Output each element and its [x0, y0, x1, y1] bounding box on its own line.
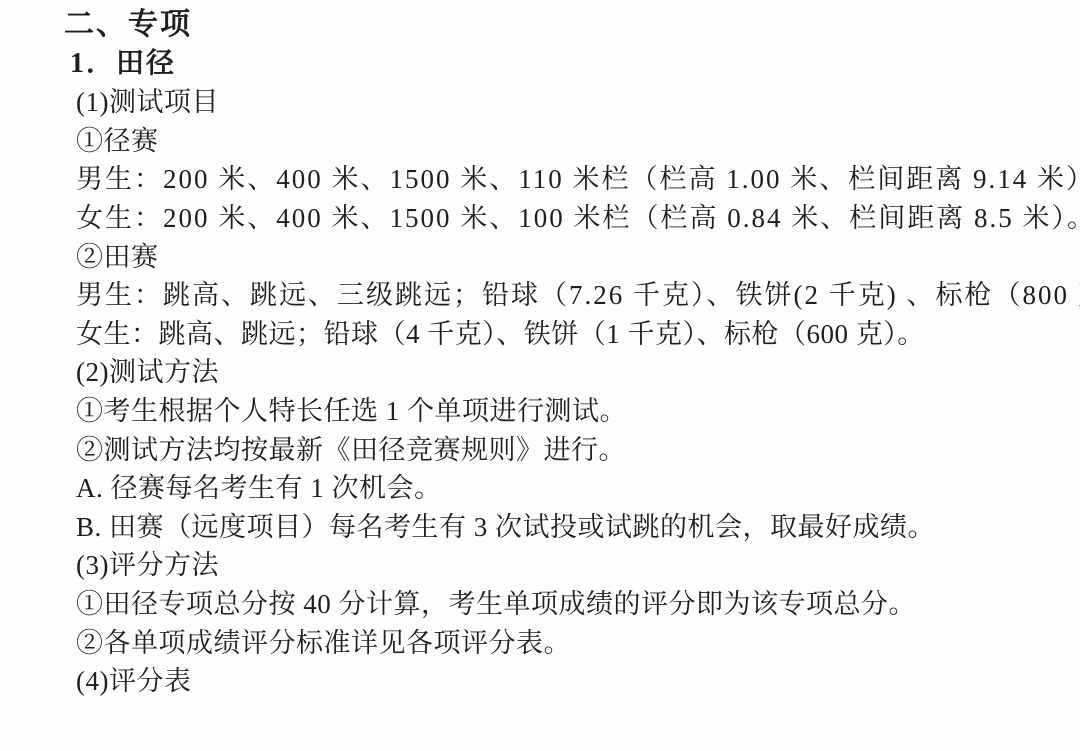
text-field-events-male: 男生：跳高、跳远、三级跳远；铅球（7.26 千克）、铁饼(2 千克) 、标枪（8… [76, 276, 1060, 315]
text-method-1: ①考生根据个人特长任选 1 个单项进行测试。 [76, 392, 1060, 431]
text-scoring-1: ①田径专项总分按 40 分计算，考生单项成绩的评分即为该专项总分。 [76, 585, 1060, 624]
text-scoring-2: ②各单项成绩评分标准详见各项评分表。 [76, 624, 1060, 663]
heading-scoring-table: (4)评分表 [76, 662, 1060, 701]
text-track-events-female: 女生：200 米、400 米、1500 米、100 米栏（栏高 0.84 米、栏… [76, 199, 1060, 238]
text-track-events-male: 男生：200 米、400 米、1500 米、110 米栏（栏高 1.00 米、栏… [76, 160, 1060, 199]
document-page: 二、专项 1．田径 (1)测试项目 ①径赛 男生：200 米、400 米、150… [0, 0, 1080, 751]
section-heading: 二、专项 [64, 6, 1060, 45]
heading-track-events: ①径赛 [76, 122, 1060, 161]
text-field-events-female: 女生：跳高、跳远；铅球（4 千克）、铁饼（1 千克）、标枪（600 克）。 [76, 315, 1060, 354]
heading-scoring-method: (3)评分方法 [76, 546, 1060, 585]
text-method-2: ②测试方法均按最新《田径竞赛规则》进行。 [76, 431, 1060, 470]
text-method-a: A. 径赛每名考生有 1 次机会。 [76, 469, 1060, 508]
subsection-heading-athletics: 1．田径 [70, 45, 1060, 84]
text-method-b: B. 田赛（远度项目）每名考生有 3 次试投或试跳的机会，取最好成绩。 [76, 508, 1060, 547]
heading-test-items: (1)测试项目 [76, 83, 1060, 122]
heading-test-method: (2)测试方法 [76, 353, 1060, 392]
heading-field-events: ②田赛 [76, 238, 1060, 277]
